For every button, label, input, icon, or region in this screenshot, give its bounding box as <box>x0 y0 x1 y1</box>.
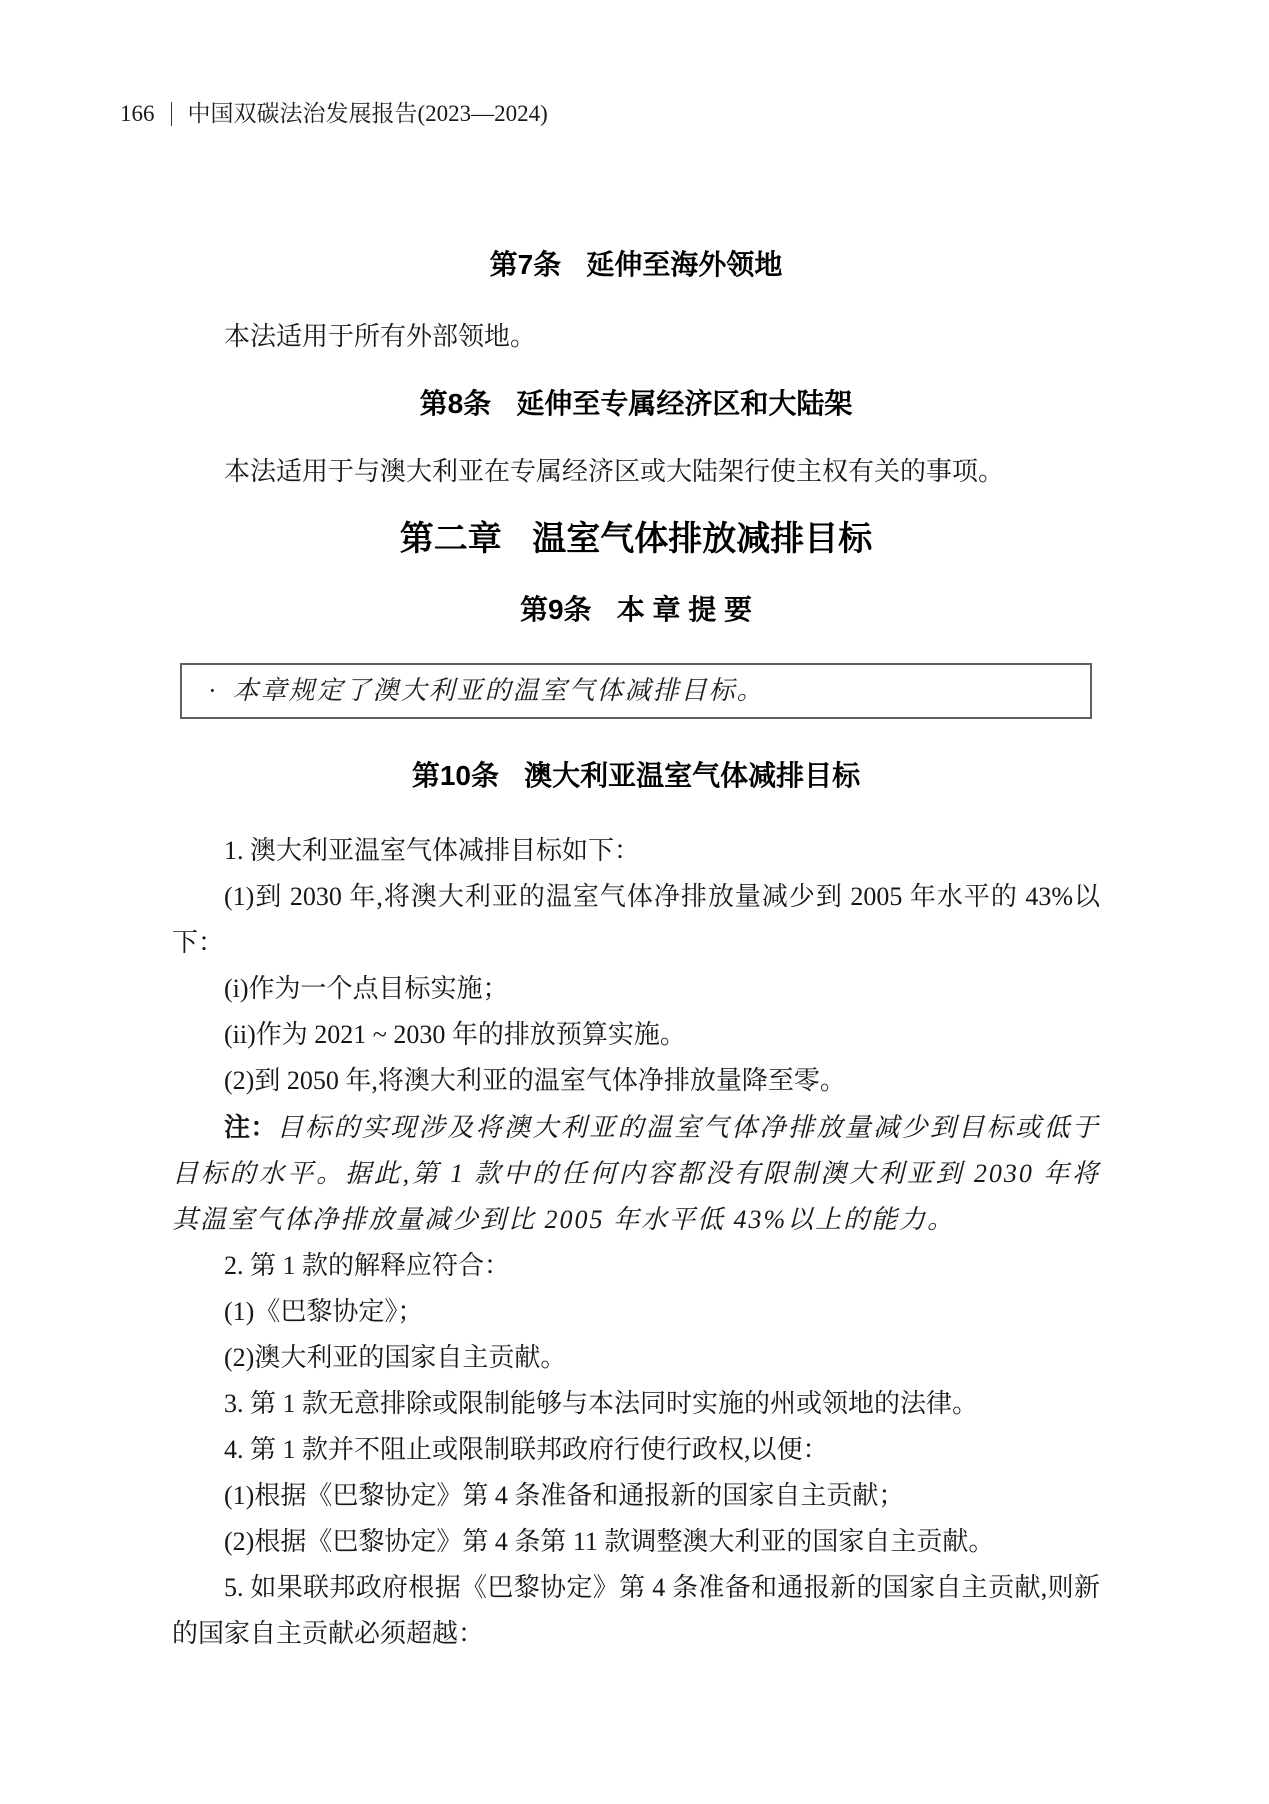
header-divider <box>171 102 172 126</box>
article-7-body: 本法适用于所有外部领地。 <box>172 314 1100 360</box>
article-9-title: 本 章 提 要 <box>617 594 752 625</box>
clause-paragraph: (1)《巴黎协定》； <box>172 1289 1100 1335</box>
clause-paragraph: 3. 第 1 款无意排除或限制能够与本法同时实施的州或领地的法律。 <box>172 1381 1100 1427</box>
chapter-2-title: 温室气体排放减排目标 <box>532 521 872 558</box>
chapter-summary-box: · 本章规定了澳大利亚的温室气体减排目标。 <box>180 663 1092 719</box>
document-page: 166 中国双碳法治发展报告(2023—2024) 第7条延伸至海外领地 本法适… <box>0 0 1269 1804</box>
clause-paragraph: (i)作为一个点目标实施； <box>172 966 1100 1012</box>
clause-paragraph: (2)到 2050 年,将澳大利亚的温室气体净排放量降至零。 <box>172 1058 1100 1104</box>
article-8-heading: 第8条延伸至专属经济区和大陆架 <box>172 387 1100 421</box>
article-8-body: 本法适用于与澳大利亚在专属经济区或大陆架行使主权有关的事项。 <box>172 449 1100 495</box>
article-7-number: 第7条 <box>490 249 562 280</box>
article-9-heading: 第9条本 章 提 要 <box>172 593 1100 627</box>
article-7-heading: 第7条延伸至海外领地 <box>172 248 1100 282</box>
clause-paragraph: (1)根据《巴黎协定》第 4 条准备和通报新的国家自主贡献； <box>172 1473 1100 1519</box>
article-10-title: 澳大利亚温室气体减排目标 <box>524 760 860 791</box>
article-9-number: 第9条 <box>520 594 592 625</box>
book-title: 中国双碳法治发展报告(2023—2024) <box>188 100 548 128</box>
summary-bullet-dot: · <box>208 677 217 705</box>
page-number: 166 <box>120 100 155 128</box>
article-7-title: 延伸至海外领地 <box>586 249 782 280</box>
clause-paragraph: 5. 如果联邦政府根据《巴黎协定》第 4 条准备和通报新的国家自主贡献,则新的国… <box>172 1565 1100 1657</box>
clause-paragraph: 2. 第 1 款的解释应符合： <box>172 1243 1100 1289</box>
running-header: 166 中国双碳法治发展报告(2023—2024) <box>120 100 1269 128</box>
clause-paragraph: 1. 澳大利亚温室气体减排目标如下： <box>172 828 1100 874</box>
article-10-clauses: 1. 澳大利亚温室气体减排目标如下： (1)到 2030 年,将澳大利亚的温室气… <box>172 828 1100 1657</box>
note-label: 注： <box>224 1112 277 1142</box>
note-paragraph: 注：目标的实现涉及将澳大利亚的温室气体净排放量减少到目标或低于目标的水平。据此,… <box>172 1104 1100 1243</box>
article-10-number: 第10条 <box>412 760 499 791</box>
chapter-2-number: 第二章 <box>400 521 502 558</box>
clause-paragraph: (2)澳大利亚的国家自主贡献。 <box>172 1335 1100 1381</box>
chapter-summary-text: 本章规定了澳大利亚的温室气体减排目标。 <box>233 677 765 705</box>
clause-paragraph: (1)到 2030 年,将澳大利亚的温室气体净排放量减少到 2005 年水平的 … <box>172 874 1100 966</box>
article-8-number: 第8条 <box>420 388 492 419</box>
page-body: 第7条延伸至海外领地 本法适用于所有外部领地。 第8条延伸至专属经济区和大陆架 … <box>172 248 1100 1657</box>
clause-paragraph: 4. 第 1 款并不阻止或限制联邦政府行使行政权,以便： <box>172 1427 1100 1473</box>
clause-paragraph: (2)根据《巴黎协定》第 4 条第 11 款调整澳大利亚的国家自主贡献。 <box>172 1519 1100 1565</box>
note-text: 目标的实现涉及将澳大利亚的温室气体净排放量减少到目标或低于目标的水平。据此,第 … <box>172 1113 1100 1234</box>
chapter-2-heading: 第二章温室气体排放减排目标 <box>172 519 1100 561</box>
clause-paragraph: (ii)作为 2021 ~ 2030 年的排放预算实施。 <box>172 1012 1100 1058</box>
article-10-heading: 第10条澳大利亚温室气体减排目标 <box>172 759 1100 793</box>
article-8-title: 延伸至专属经济区和大陆架 <box>516 388 852 419</box>
